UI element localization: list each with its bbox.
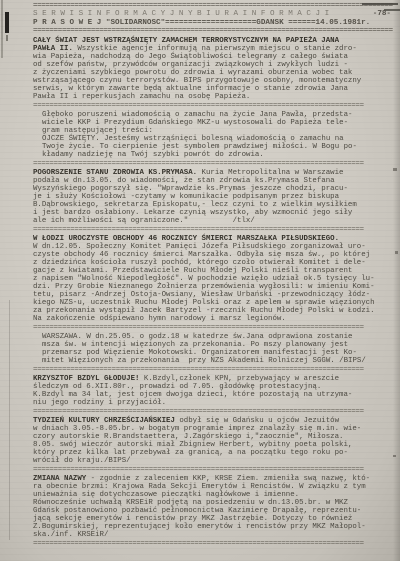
scan-artifact-speck	[393, 168, 397, 171]
section-divider: ========================================…	[33, 226, 393, 234]
news-item-body: - zgodnie z zaleceniem KKP, KRSE Ziem. z…	[33, 475, 370, 539]
section-divider: ========================================…	[33, 540, 393, 548]
news-item-lodz-anniversary: W ŁODZI UROCZYSTE OBCHODY 46 ROCZNICY ŚM…	[33, 235, 393, 323]
news-item-body: Kuria Metropolitalna w Warszawie podała …	[33, 169, 357, 225]
scan-artifact-fold-line	[9, 300, 10, 540]
news-item-heading: ZMIANA NAZWY	[33, 475, 86, 483]
scan-artifact-edge-strip	[1, 0, 3, 58]
news-item-name-change: ZMIANA NAZWY - zgodnie z zaleceniem KKP,…	[33, 475, 393, 539]
section-divider: ========================================…	[33, 160, 393, 168]
news-item-body: Głęboko poruszeni wiadomością o zamachu …	[42, 111, 357, 159]
news-item-heading: POGORSZENIE STANU ZDROWIA KS.PRYMASA.	[33, 169, 197, 177]
masthead-fill-rule: ====================	[165, 19, 256, 27]
news-item-body: Wszystkie agencje informują na pierwszym…	[33, 45, 361, 101]
news-item-warszawa-mass: WARSZAWA. W dn.25.05. o godz.18 w katedr…	[33, 333, 393, 365]
top-rule: ========================================…	[33, 3, 393, 10]
news-item-heading: W ŁODZI UROCZYSTE OBCHODY 46 ROCZNICY ŚM…	[33, 235, 339, 243]
news-item-telegram: Głęboko poruszeni wiadomością o zamachu …	[33, 111, 393, 159]
page-number: -78-	[373, 10, 393, 18]
section-divider: ========================================…	[33, 466, 393, 474]
scanned-document-page: ========================================…	[0, 0, 400, 561]
scan-edge-shadow	[393, 0, 400, 561]
masthead-fill-rule-2: ======	[288, 19, 315, 27]
news-item-body: odbył się w Gdańsku u ojców Jezuitów w d…	[33, 417, 361, 465]
scan-artifact-left-mark	[6, 35, 8, 41]
scan-artifact-left-bar	[5, 12, 9, 33]
masthead-date: 14.05.1981r.	[316, 19, 371, 27]
news-item-heading: TYDZIEŃ KULTURY CHRZEŚCIJAŃSKIEJ	[33, 417, 175, 425]
news-item-body: W dn.12.05. Społeczny Komitet Pamięci Jó…	[33, 243, 375, 323]
masthead-title-line2-left: P R A S O W E J "SOLIDARNOŚĆ"	[33, 19, 165, 27]
news-item-bzdyl-hunger-strike: KRZYSZTOF BZDYL GŁODUJE! K.Bzdyl,członek…	[33, 375, 393, 407]
news-item-christian-culture-week: TYDZIEŃ KULTURY CHRZEŚCIJAŃSKIEJ odbył s…	[33, 417, 393, 465]
masthead-rule: ========================================…	[33, 28, 393, 35]
news-item-heading: KRZYSZTOF BZDYL GŁODUJE!	[33, 375, 139, 383]
section-divider: ========================================…	[33, 366, 393, 374]
scan-artifact-speck	[395, 251, 398, 254]
section-divider: ========================================…	[33, 102, 393, 110]
masthead: ========================================…	[33, 3, 393, 35]
news-item-pope-assassination: CAŁY ŚWIAT JEST WSTRZĄŚNIĘTY ZAMACHEM TE…	[33, 37, 393, 101]
section-divider: ========================================…	[33, 324, 393, 332]
masthead-title-line2: P R A S O W E J "SOLIDARNOŚĆ"===========…	[33, 19, 393, 28]
scan-artifact-speck	[393, 455, 396, 457]
masthead-location: GDAŃSK	[256, 19, 283, 27]
news-item-body: WARSZAWA. W dn.25.05. o godz.18 w katedr…	[42, 333, 366, 365]
masthead-title-line1: S E R W I S I N F O R M A C Y J N Y B I …	[33, 10, 329, 19]
news-item-primate-health: POGORSZENIE STANU ZDROWIA KS.PRYMASA. Ku…	[33, 169, 393, 225]
section-divider: ========================================…	[33, 408, 393, 416]
